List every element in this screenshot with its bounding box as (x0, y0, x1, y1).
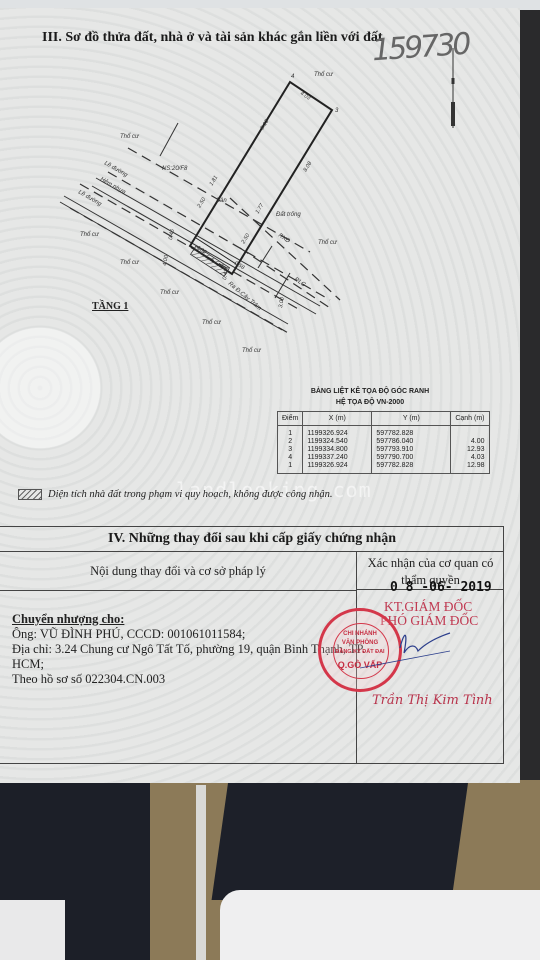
signature-icon (360, 623, 460, 673)
background-cloth-left (0, 900, 65, 960)
label-tho-cu-5: Thổ cư (160, 289, 180, 296)
table-row: 3 1199334.800 597793.910 12.93 (278, 446, 490, 454)
header-edge: Cạnh (m) (451, 412, 489, 426)
svg-text:0.42: 0.42 (222, 269, 230, 281)
legend: Diện tích nhà đất trong phạm vi quy hoạc… (18, 489, 332, 500)
point-4-label: 4 (291, 74, 295, 80)
cell-y: 597782.828 (372, 426, 451, 439)
legend-text: Diện tích nhà đất trong phạm vi quy hoạc… (48, 489, 332, 500)
svg-text:1.81: 1.81 (209, 175, 220, 187)
label-tho-cu-1: Thổ cư (314, 71, 334, 78)
land-plot-diagram: 4 3 Thổ cư 4.03 8.13 8.08 Thổ cư Lề đườn… (0, 68, 520, 368)
background-leg-right (212, 780, 469, 900)
cell-edge: 12.98 (451, 462, 489, 474)
cell-x: 1199334.800 (303, 446, 372, 454)
label-ns: NS:20/F8 (162, 166, 188, 172)
cell-x: 1199326.924 (303, 426, 372, 439)
label-tho-cu-7: Thổ cư (242, 347, 262, 354)
column-header-content: Nội dung thay đổi và cơ sở pháp lý (0, 552, 356, 591)
coordinate-title-line1: BẢNG LIỆT KÊ TỌA ĐỘ GÓC RANH (270, 386, 470, 397)
svg-text:2.50: 2.50 (196, 196, 208, 210)
cell-point: 1 (278, 426, 303, 439)
cell-x: 1199337.240 (303, 454, 372, 462)
cell-y: 597790.700 (372, 454, 451, 462)
cell-x: 1199324.540 (303, 438, 372, 446)
label-dat-trong: Đất trống (276, 211, 301, 218)
coordinate-table: Điểm X (m) Y (m) Cạnh (m) 1 1199326.924 … (277, 411, 490, 474)
cell-y: 597793.910 (372, 446, 451, 454)
cell-y: 597786.040 (372, 438, 451, 446)
content-file-number: Theo hồ sơ số 022304.CN.003 (12, 672, 372, 687)
label-tho-cu-2: Thổ cư (120, 133, 140, 140)
svg-text:1.77: 1.77 (255, 202, 266, 215)
section-3-title: III. Sơ đồ thửa đất, nhà ở và tài sản kh… (42, 30, 383, 46)
cell-point: 2 (278, 438, 303, 446)
signer-name: Trần Thị Kim Tình (372, 693, 493, 708)
label-tho-cu-3: Thổ cư (80, 231, 100, 238)
svg-text:8.13: 8.13 (260, 118, 271, 131)
cell-edge: 4.03 (451, 454, 489, 462)
hatch-pattern-icon (18, 489, 42, 500)
date-stamp: 0 8 -06- 2019 (390, 580, 492, 595)
background-pole (196, 785, 206, 960)
label-tho-cu-4: Thổ cư (120, 259, 140, 266)
table-row: 1 1199326.924 597782.828 (278, 426, 490, 439)
cell-point: 1 (278, 462, 303, 474)
cell-x: 1199326.924 (303, 462, 372, 474)
svg-text:3.00: 3.00 (278, 296, 286, 309)
table-row: 4 1199337.240 597790.700 4.03 (278, 454, 490, 462)
background-cloth-right (220, 890, 540, 960)
cell-point: 3 (278, 446, 303, 454)
table-row: 2 1199324.540 597786.040 4.00 (278, 438, 490, 446)
label-rlg: RLG (293, 277, 307, 289)
section-4-title: IV. Những thay đổi sau khi cấp giấy chứn… (0, 527, 504, 552)
point-3-label: 3 (335, 108, 339, 114)
coordinate-title-line2: HỆ TỌA ĐỘ VN-2000 (270, 397, 470, 408)
coordinate-table-title: BẢNG LIỆT KÊ TỌA ĐỘ GÓC RANH HỆ TỌA ĐỘ V… (270, 386, 470, 408)
label-san: Sân (216, 198, 227, 204)
label-tho-cu-6: Thổ cư (202, 319, 222, 326)
header-x: X (m) (303, 412, 372, 426)
cell-edge: 4.00 (451, 438, 489, 446)
svg-text:4.03: 4.03 (299, 91, 312, 102)
cell-edge (451, 426, 489, 439)
cell-point: 4 (278, 454, 303, 462)
table-row: 1 1199326.924 597782.828 12.98 (278, 462, 490, 474)
header-y: Y (m) (372, 412, 451, 426)
floor-label: TẦNG 1 (92, 301, 128, 312)
label-tho-cu-8: Thổ cư (318, 239, 338, 246)
header-point: Điểm (278, 412, 303, 426)
label-ham-nhua: Hẻm nhựa (99, 176, 127, 196)
cell-edge: 12.93 (451, 446, 489, 454)
cell-y: 597782.828 (372, 462, 451, 474)
svg-text:8.08: 8.08 (303, 160, 314, 173)
content-heading: Chuyển nhượng cho: (12, 612, 372, 627)
svg-text:0.46: 0.46 (168, 228, 176, 241)
certificate-page: III. Sơ đồ thửa đất, nhà ở và tài sản kh… (0, 8, 520, 783)
